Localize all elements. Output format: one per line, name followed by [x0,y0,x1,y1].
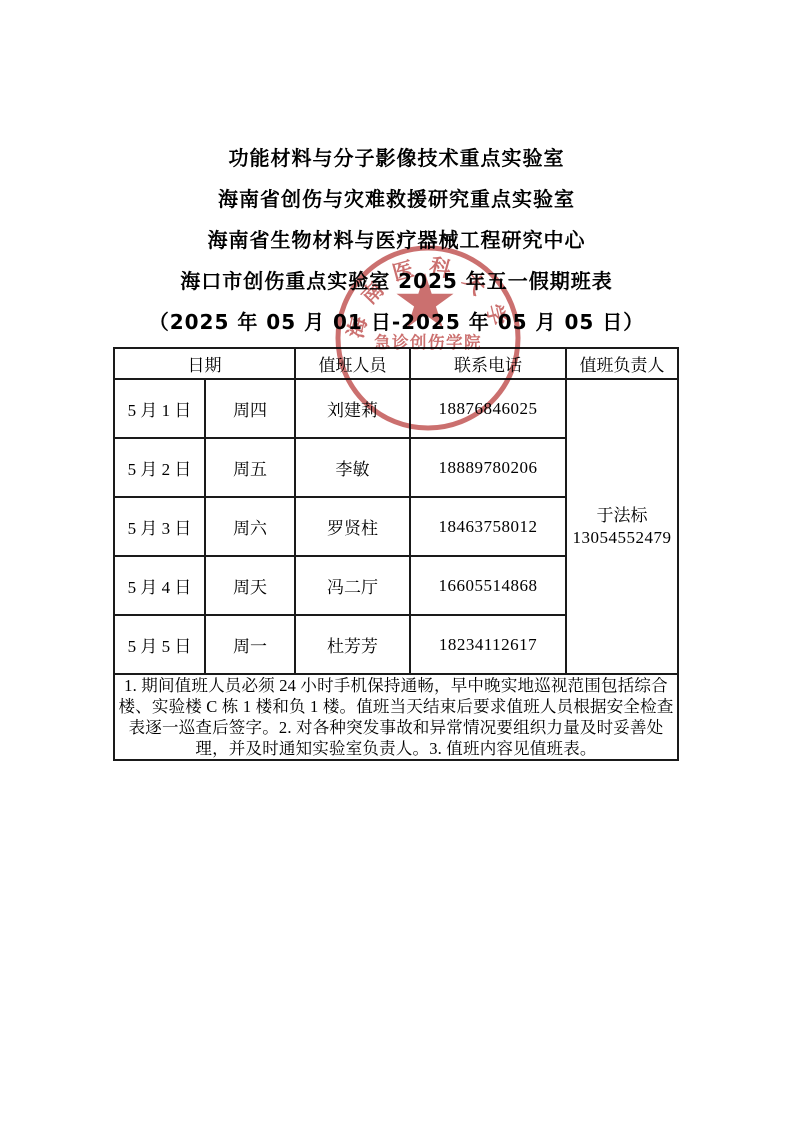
person-cell: 杜芳芳 [295,615,410,674]
table-row: 5 月 1 日 周四 刘建莉 18876846025 于法标 130545524… [114,379,678,438]
title-schedule: 海口市创伤重点实验室 2025 年五一假期班表 [0,261,793,302]
title-lab-2: 海南省创伤与灾难救援研究重点实验室 [0,179,793,220]
phone-cell: 18876846025 [410,379,566,438]
person-cell: 李敏 [295,438,410,497]
leader-cell: 于法标 13054552479 [566,379,678,674]
header-date: 日期 [114,348,295,379]
title-lab-1: 功能材料与分子影像技术重点实验室 [0,138,793,179]
weekday-cell: 周一 [205,615,295,674]
date-cell: 5 月 4 日 [114,556,205,615]
title-block: 功能材料与分子影像技术重点实验室 海南省创伤与灾难救援研究重点实验室 海南省生物… [0,138,793,343]
weekday-cell: 周天 [205,556,295,615]
date-cell: 5 月 5 日 [114,615,205,674]
notes-cell: 1. 期间值班人员必须 24 小时手机保持通畅，早中晚实地巡视范围包括综合楼、实… [114,674,678,760]
header-leader: 值班负责人 [566,348,678,379]
person-cell: 刘建莉 [295,379,410,438]
header-phone: 联系电话 [410,348,566,379]
duty-schedule-table: 日期 值班人员 联系电话 值班负责人 5 月 1 日 周四 刘建莉 188768… [113,347,677,761]
phone-cell: 18889780206 [410,438,566,497]
weekday-cell: 周五 [205,438,295,497]
person-cell: 冯二厅 [295,556,410,615]
header-person: 值班人员 [295,348,410,379]
date-cell: 5 月 2 日 [114,438,205,497]
date-cell: 5 月 3 日 [114,497,205,556]
phone-cell: 18234112617 [410,615,566,674]
leader-phone: 13054552479 [567,527,677,549]
title-lab-3: 海南省生物材料与医疗器械工程研究中心 [0,220,793,261]
weekday-cell: 周四 [205,379,295,438]
title-date-range: （2025 年 05 月 01 日-2025 年 05 月 05 日） [0,302,793,343]
notes-row: 1. 期间值班人员必须 24 小时手机保持通畅，早中晚实地巡视范围包括综合楼、实… [114,674,678,760]
leader-name: 于法标 [567,505,677,527]
table-header-row: 日期 值班人员 联系电话 值班负责人 [114,348,678,379]
phone-cell: 16605514868 [410,556,566,615]
date-cell: 5 月 1 日 [114,379,205,438]
phone-cell: 18463758012 [410,497,566,556]
weekday-cell: 周六 [205,497,295,556]
person-cell: 罗贤柱 [295,497,410,556]
document-page: 功能材料与分子影像技术重点实验室 海南省创伤与灾难救援研究重点实验室 海南省生物… [0,0,793,1122]
